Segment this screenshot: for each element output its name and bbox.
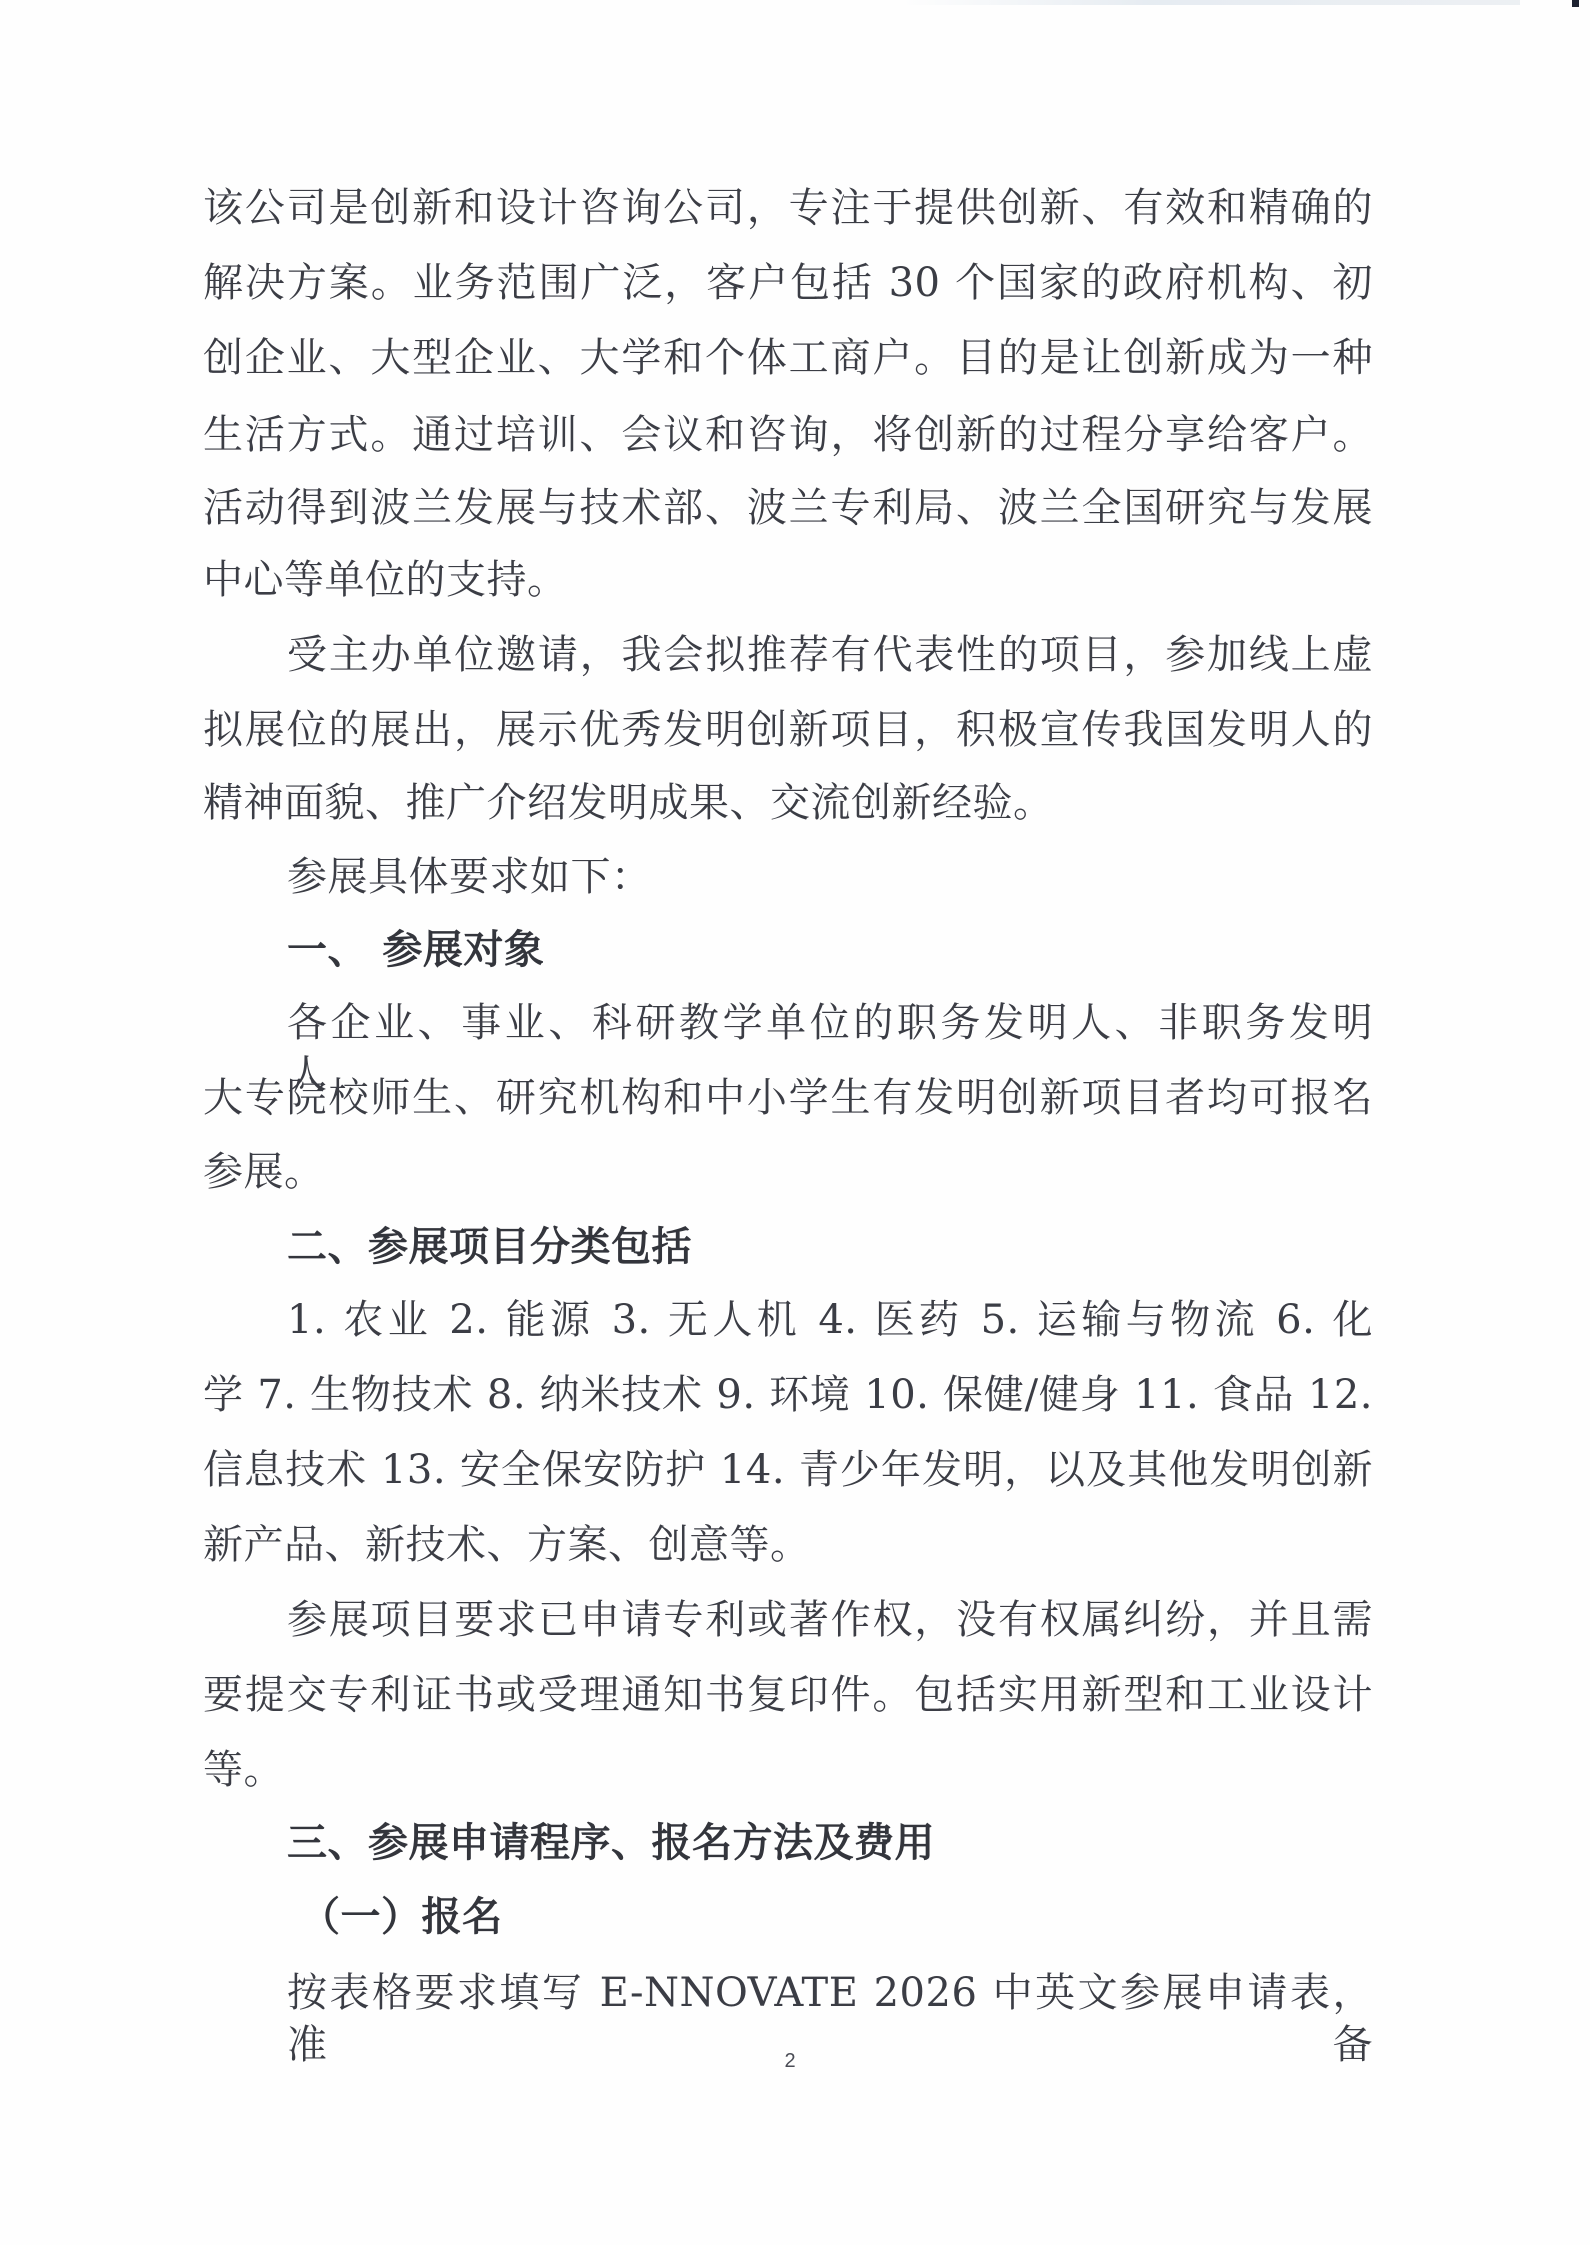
- body-line: 活动得到波兰发展与技术部、波兰专利局、波兰全国研究与发展: [203, 482, 1373, 534]
- scan-mark: [1572, 0, 1579, 7]
- body-line: 参展项目要求已申请专利或著作权，没有权属纠纷，并且需: [287, 1594, 1373, 1646]
- body-line: 拟展位的展出，展示优秀发明创新项目，积极宣传我国发明人的: [203, 704, 1373, 756]
- body-line: 生活方式。通过培训、会议和咨询，将创新的过程分享给客户。: [203, 409, 1373, 461]
- section-heading: 三、参展申请程序、报名方法及费用: [287, 1817, 1373, 1869]
- body-line: 要提交专利证书或受理通知书复印件。包括实用新型和工业设计: [203, 1669, 1373, 1721]
- scan-artifact: [900, 0, 1520, 5]
- body-line: 按表格要求填写 E-NNOVATE 2026 中英文参展申请表，准备: [287, 1967, 1373, 2019]
- body-line: 中心等单位的支持。: [203, 554, 1373, 606]
- body-line: 创企业、大型企业、大学和个体工商户。目的是让创新成为一种: [203, 332, 1373, 384]
- category-list-line: 新产品、新技术、方案、创意等。: [203, 1519, 1373, 1571]
- category-list-line: 1. 农业 2. 能源 3. 无人机 4. 医药 5. 运输与物流 6. 化: [287, 1294, 1373, 1346]
- body-line: 受主办单位邀请，我会拟推荐有代表性的项目，参加线上虚: [287, 629, 1373, 681]
- body-line: 参展。: [203, 1146, 1373, 1198]
- section-heading: 一、 参展对象: [287, 924, 1373, 976]
- body-line: 等。: [203, 1744, 1373, 1796]
- category-list-line: 学 7. 生物技术 8. 纳米技术 9. 环境 10. 保健/健身 11. 食品…: [203, 1369, 1373, 1421]
- body-line: 精神面貌、推广介绍发明成果、交流创新经验。: [203, 777, 1373, 829]
- category-list-line: 信息技术 13. 安全保安防护 14. 青少年发明，以及其他发明创新: [203, 1444, 1373, 1496]
- document-page: 该公司是创新和设计咨询公司，专注于提供创新、有效和精确的 解决方案。业务范围广泛…: [0, 0, 1590, 2245]
- body-line: 解决方案。业务范围广泛，客户包括 30 个国家的政府机构、初: [203, 257, 1373, 309]
- subsection-heading: （一）报名: [300, 1891, 1373, 1943]
- section-heading: 二、参展项目分类包括: [287, 1221, 1373, 1273]
- page-number: 2: [770, 2050, 810, 2073]
- body-line: 参展具体要求如下：: [287, 851, 1373, 903]
- body-line: 各企业、事业、科研教学单位的职务发明人、非职务发明人、: [287, 997, 1373, 1049]
- body-line: 大专院校师生、研究机构和中小学生有发明创新项目者均可报名: [203, 1072, 1373, 1124]
- body-line: 该公司是创新和设计咨询公司，专注于提供创新、有效和精确的: [203, 182, 1373, 234]
